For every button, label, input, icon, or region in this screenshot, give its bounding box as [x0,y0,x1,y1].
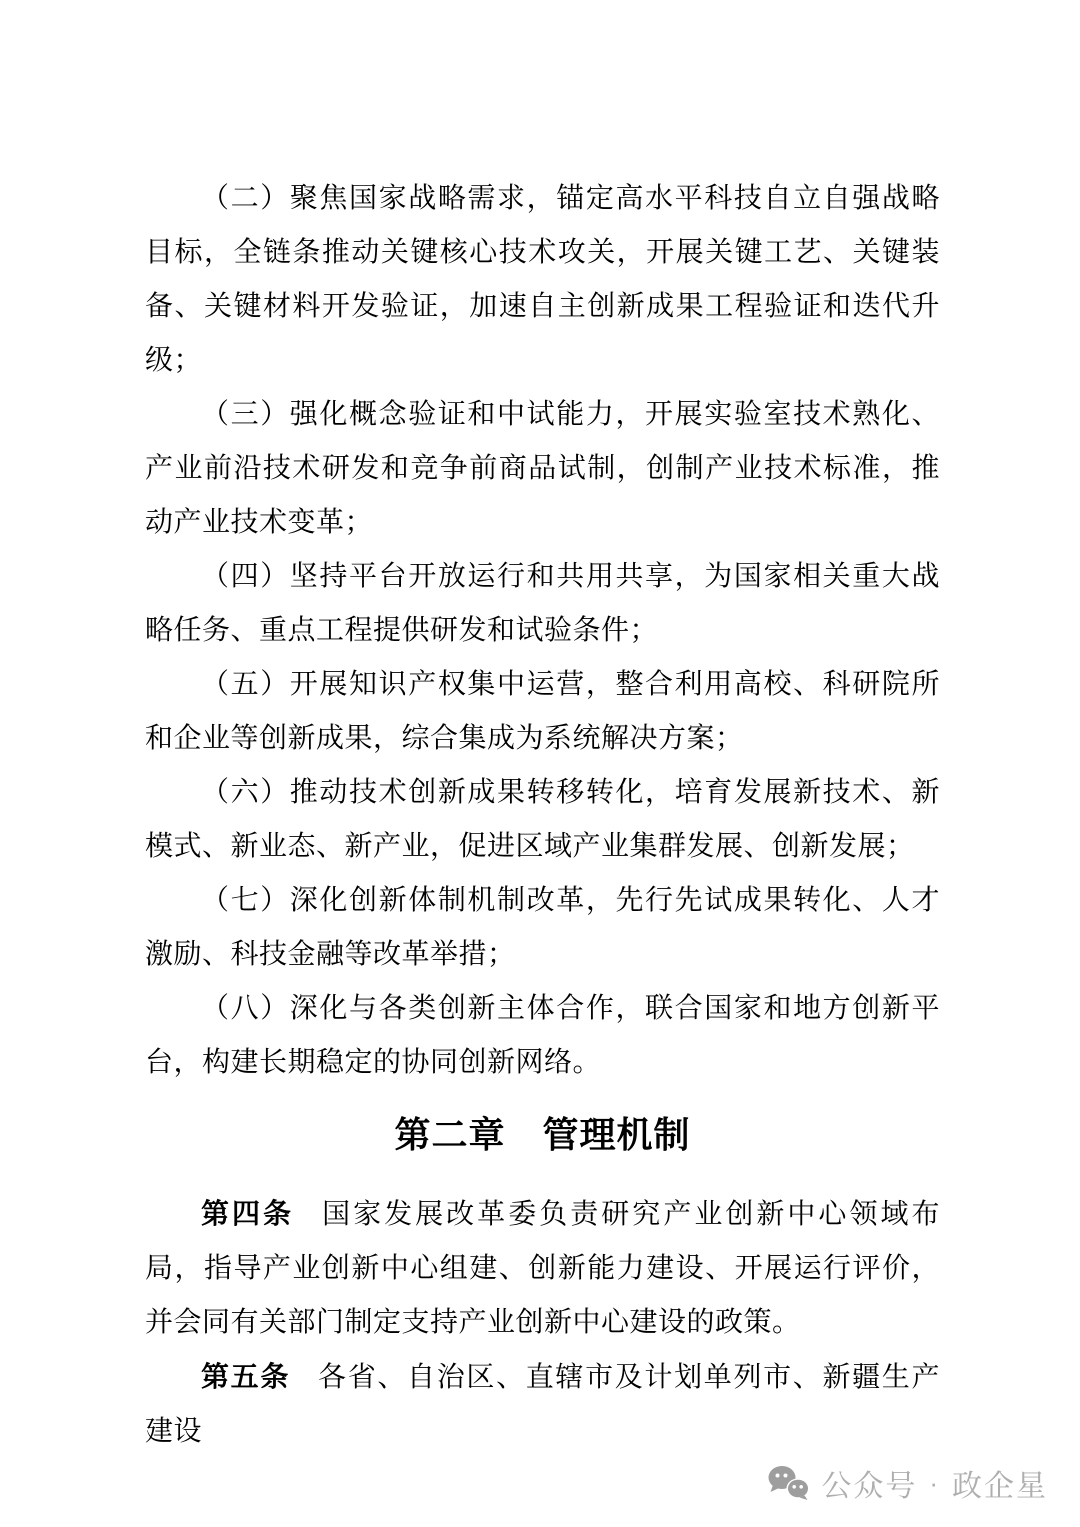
article-paragraph-4: 第四条国家发展改革委负责研究产业创新中心领域布局，指导产业创新中心组建、创新能力… [145,1187,940,1350]
watermark: 公众号 · 政企星 [767,1461,1048,1505]
watermark-separator: · [927,1468,942,1499]
document-page: （二）聚焦国家战略需求，锚定高水平科技自立自强战略目标，全链条推动关键核心技术攻… [0,0,1080,1527]
clause-paragraph-8: （八）深化与各类创新主体合作，联合国家和地方创新平台，构建长期稳定的协同创新网络… [145,982,940,1090]
clause-paragraph-2: （二）聚焦国家战略需求，锚定高水平科技自立自强战略目标，全链条推动关键核心技术攻… [145,172,940,388]
clause-paragraph-7: （七）深化创新体制机制改革，先行先试成果转化、人才激励、科技金融等改革举措； [145,874,940,982]
clause-paragraph-5: （五）开展知识产权集中运营，整合利用高校、科研院所和企业等创新成果，综合集成为系… [145,658,940,766]
clause-paragraph-6: （六）推动技术创新成果转移转化，培育发展新技术、新模式、新业态、新产业，促进区域… [145,766,940,874]
wechat-icon [767,1465,811,1501]
clause-paragraph-3: （三）强化概念验证和中试能力，开展实验室技术熟化、产业前沿技术研发和竞争前商品试… [145,388,940,550]
chapter-heading: 第二章 管理机制 [145,1108,940,1162]
article-number-4: 第四条 [201,1198,294,1229]
watermark-brand-label: 政企星 [952,1461,1048,1505]
watermark-platform-label: 公众号 [821,1461,917,1505]
article-paragraph-5: 第五条各省、自治区、直辖市及计划单列市、新疆生产建设 [145,1350,940,1459]
article-number-5: 第五条 [201,1361,290,1392]
clause-paragraph-4: （四）坚持平台开放运行和共用共享，为国家相关重大战略任务、重点工程提供研发和试验… [145,550,940,658]
document-body: （二）聚焦国家战略需求，锚定高水平科技自立自强战略目标，全链条推动关键核心技术攻… [145,172,940,1459]
